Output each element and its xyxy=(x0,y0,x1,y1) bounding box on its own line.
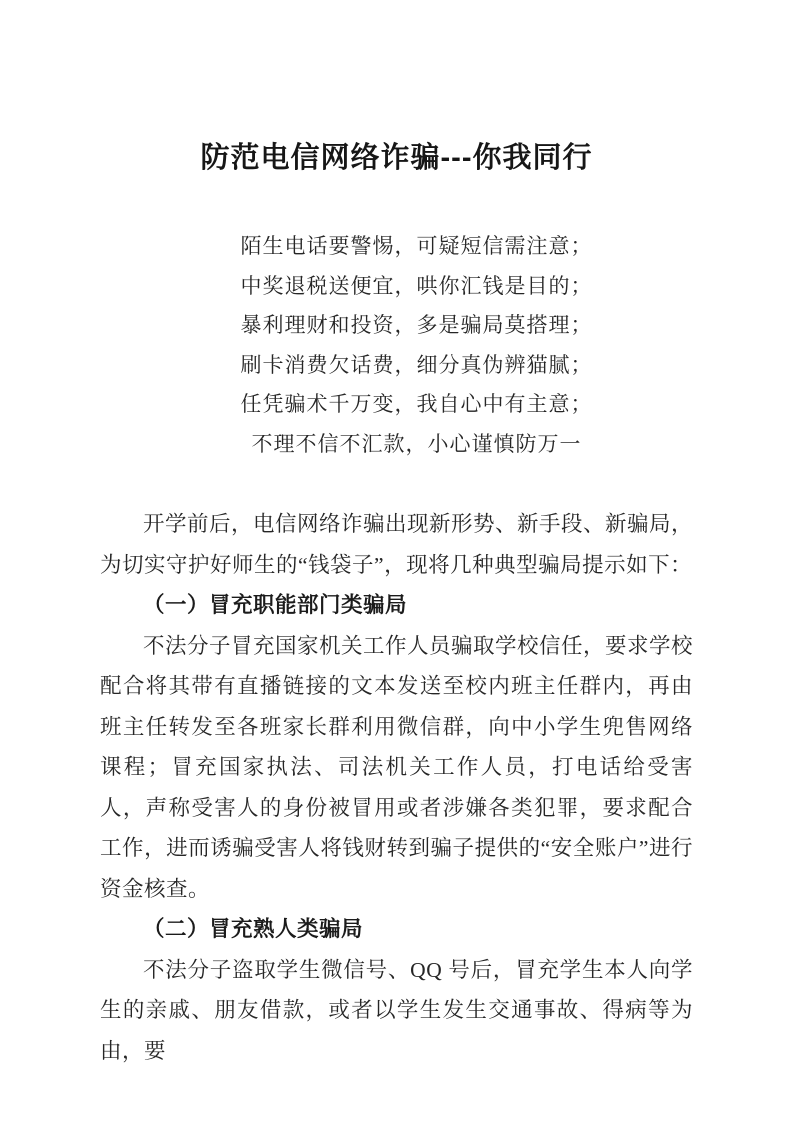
document-body: 开学前后，电信网络诈骗出现新形势、新手段、新骗局，为切实守护好师生的“钱袋子”，… xyxy=(100,504,693,1071)
section-1-paragraph: 不法分子冒充国家机关工作人员骗取学校信任，要求学校配合将其带有直播链接的文本发送… xyxy=(100,626,693,910)
poem-line-1: 陌生电话要警惕，可疑短信需注意； xyxy=(40,227,793,267)
section-heading-1: （一）冒充职能部门类骗局 xyxy=(100,585,693,626)
section-2-paragraph: 不法分子盗取学生微信号、QQ 号后，冒充学生本人向学生的亲戚、朋友借款，或者以学… xyxy=(100,950,693,1072)
poem-line-2: 中奖退税送便宜，哄你汇钱是目的； xyxy=(40,267,793,307)
poem-block: 陌生电话要警惕，可疑短信需注意； 中奖退税送便宜，哄你汇钱是目的； 暴利理财和投… xyxy=(40,227,793,464)
intro-paragraph: 开学前后，电信网络诈骗出现新形势、新手段、新骗局，为切实守护好师生的“钱袋子”，… xyxy=(100,504,693,585)
poem-line-4: 刷卡消费欠话费，细分真伪辨猫腻； xyxy=(40,346,793,386)
section-heading-2: （二）冒充熟人类骗局 xyxy=(100,909,693,950)
poem-line-6: 不理不信不汇款，小心谨慎防万一 xyxy=(40,425,793,465)
poem-line-5: 任凭骗术千万变，我自心中有主意； xyxy=(40,385,793,425)
document-title: 防范电信网络诈骗---你我同行 xyxy=(0,138,793,178)
poem-line-3: 暴利理财和投资，多是骗局莫搭理； xyxy=(40,306,793,346)
document-page: 防范电信网络诈骗---你我同行 陌生电话要警惕，可疑短信需注意； 中奖退税送便宜… xyxy=(0,0,793,1122)
